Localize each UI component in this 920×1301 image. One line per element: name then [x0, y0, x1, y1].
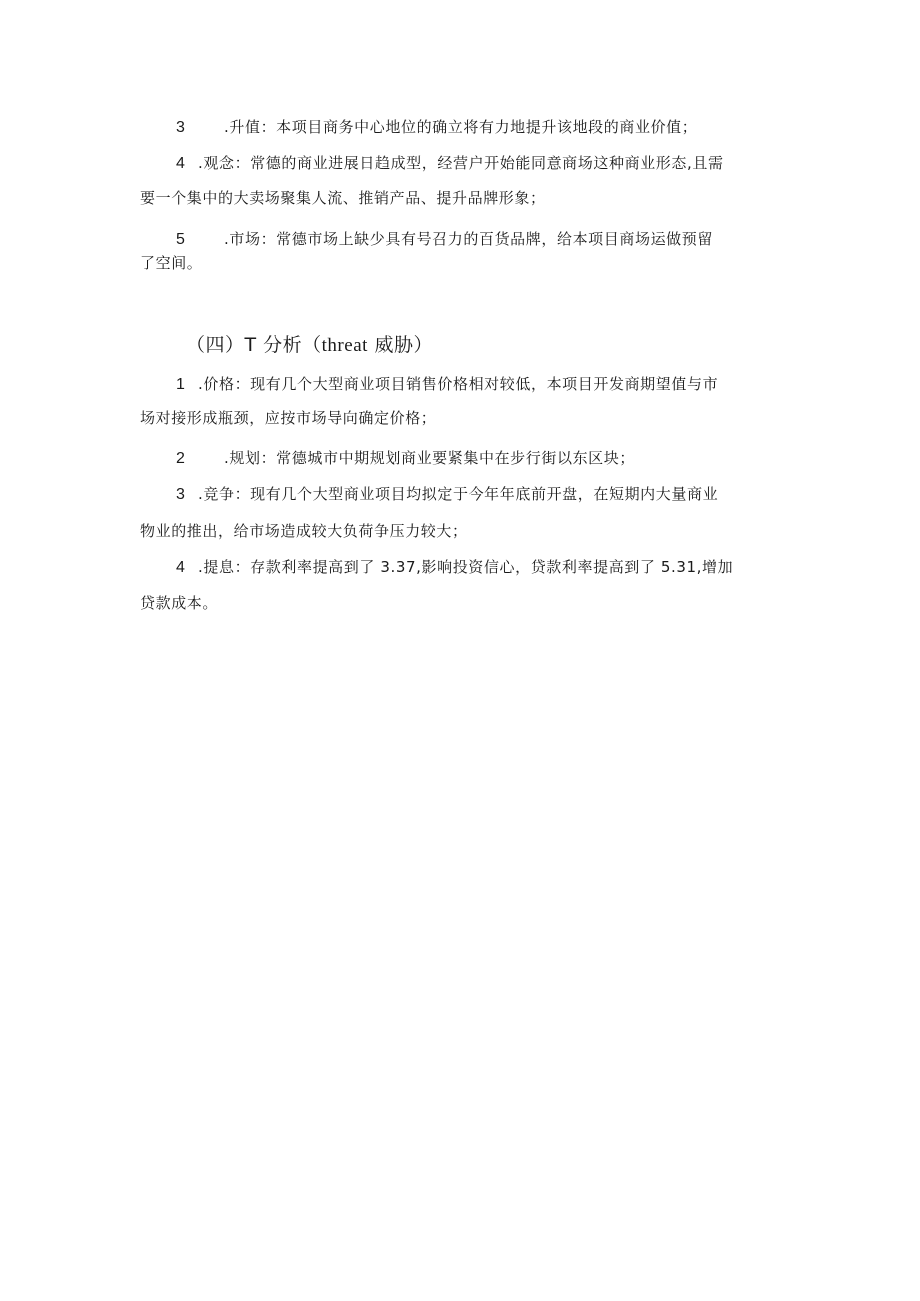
item-text: 场对接形成瓶颈，应按市场导向确定价格；	[140, 409, 436, 427]
item-text: .规划：常德城市中期规划商业要紧集中在步行街以东区块；	[224, 449, 635, 467]
threat-item-4-continuation: 贷款成本。	[140, 593, 780, 613]
opportunity-item-5-continuation: 了空间。	[140, 253, 780, 273]
item-text: 贷款成本。	[140, 594, 218, 612]
item-text: .观念：常德的商业进展日趋成型，经营户开始能同意商场这种商业形态,且需	[198, 154, 724, 172]
item-number: 1	[176, 375, 198, 395]
item-text: .竞争：现有几个大型商业项目均拟定于今年年底前开盘，在短期内大量商业	[198, 485, 718, 503]
threat-item-3: 3.竞争：现有几个大型商业项目均拟定于今年年底前开盘，在短期内大量商业	[176, 484, 816, 505]
section-heading-threat: （四）T 分析（threat 威胁）	[186, 332, 433, 359]
opportunity-item-3: 3.升值：本项目商务中心地位的确立将有力地提升该地段的商业价值；	[176, 117, 816, 138]
threat-item-1: 1.价格：现有几个大型商业项目销售价格相对较低，本项目开发商期望值与市	[176, 374, 816, 395]
item-number: 4	[176, 154, 198, 174]
item-text: 要一个集中的大卖场聚集人流、推销产品、提升品牌形象；	[140, 189, 546, 207]
opportunity-item-4: 4.观念：常德的商业进展日趋成型，经营户开始能同意商场这种商业形态,且需	[176, 153, 816, 174]
threat-item-3-continuation: 物业的推出，给市场造成较大负荷争压力较大；	[140, 521, 780, 541]
heading-latin: threat	[322, 335, 368, 356]
item-number: 3	[176, 485, 198, 505]
heading-suffix: 威胁）	[368, 334, 433, 356]
item-number: 2	[176, 449, 224, 469]
item-number: 3	[176, 118, 224, 138]
item-text: .价格：现有几个大型商业项目销售价格相对较低，本项目开发商期望值与市	[198, 375, 718, 393]
opportunity-item-4-continuation: 要一个集中的大卖场聚集人流、推销产品、提升品牌形象；	[140, 188, 780, 208]
threat-item-1-continuation: 场对接形成瓶颈，应按市场导向确定价格；	[140, 408, 780, 428]
item-text: .升值：本项目商务中心地位的确立将有力地提升该地段的商业价值；	[224, 118, 697, 136]
document-page: 3.升值：本项目商务中心地位的确立将有力地提升该地段的商业价值； 4.观念：常德…	[0, 0, 920, 1301]
item-text: 了空间。	[140, 254, 202, 272]
item-number: 5	[176, 230, 224, 250]
item-number: 4	[176, 558, 198, 578]
item-text: .提息：存款利率提高到了 3.37,影响投资信心，贷款利率提高到了 5.31,增…	[198, 558, 733, 576]
item-text: .市场：常德市场上缺少具有号召力的百货品牌，给本项目商场运做预留	[224, 230, 713, 248]
threat-item-4: 4.提息：存款利率提高到了 3.37,影响投资信心，贷款利率提高到了 5.31,…	[176, 557, 816, 578]
opportunity-item-5: 5.市场：常德市场上缺少具有号召力的百货品牌，给本项目商场运做预留	[176, 229, 816, 250]
heading-prefix: （四）T 分析（	[186, 334, 322, 356]
item-text: 物业的推出，给市场造成较大负荷争压力较大；	[140, 522, 468, 540]
threat-item-2: 2.规划：常德城市中期规划商业要紧集中在步行街以东区块；	[176, 448, 816, 469]
